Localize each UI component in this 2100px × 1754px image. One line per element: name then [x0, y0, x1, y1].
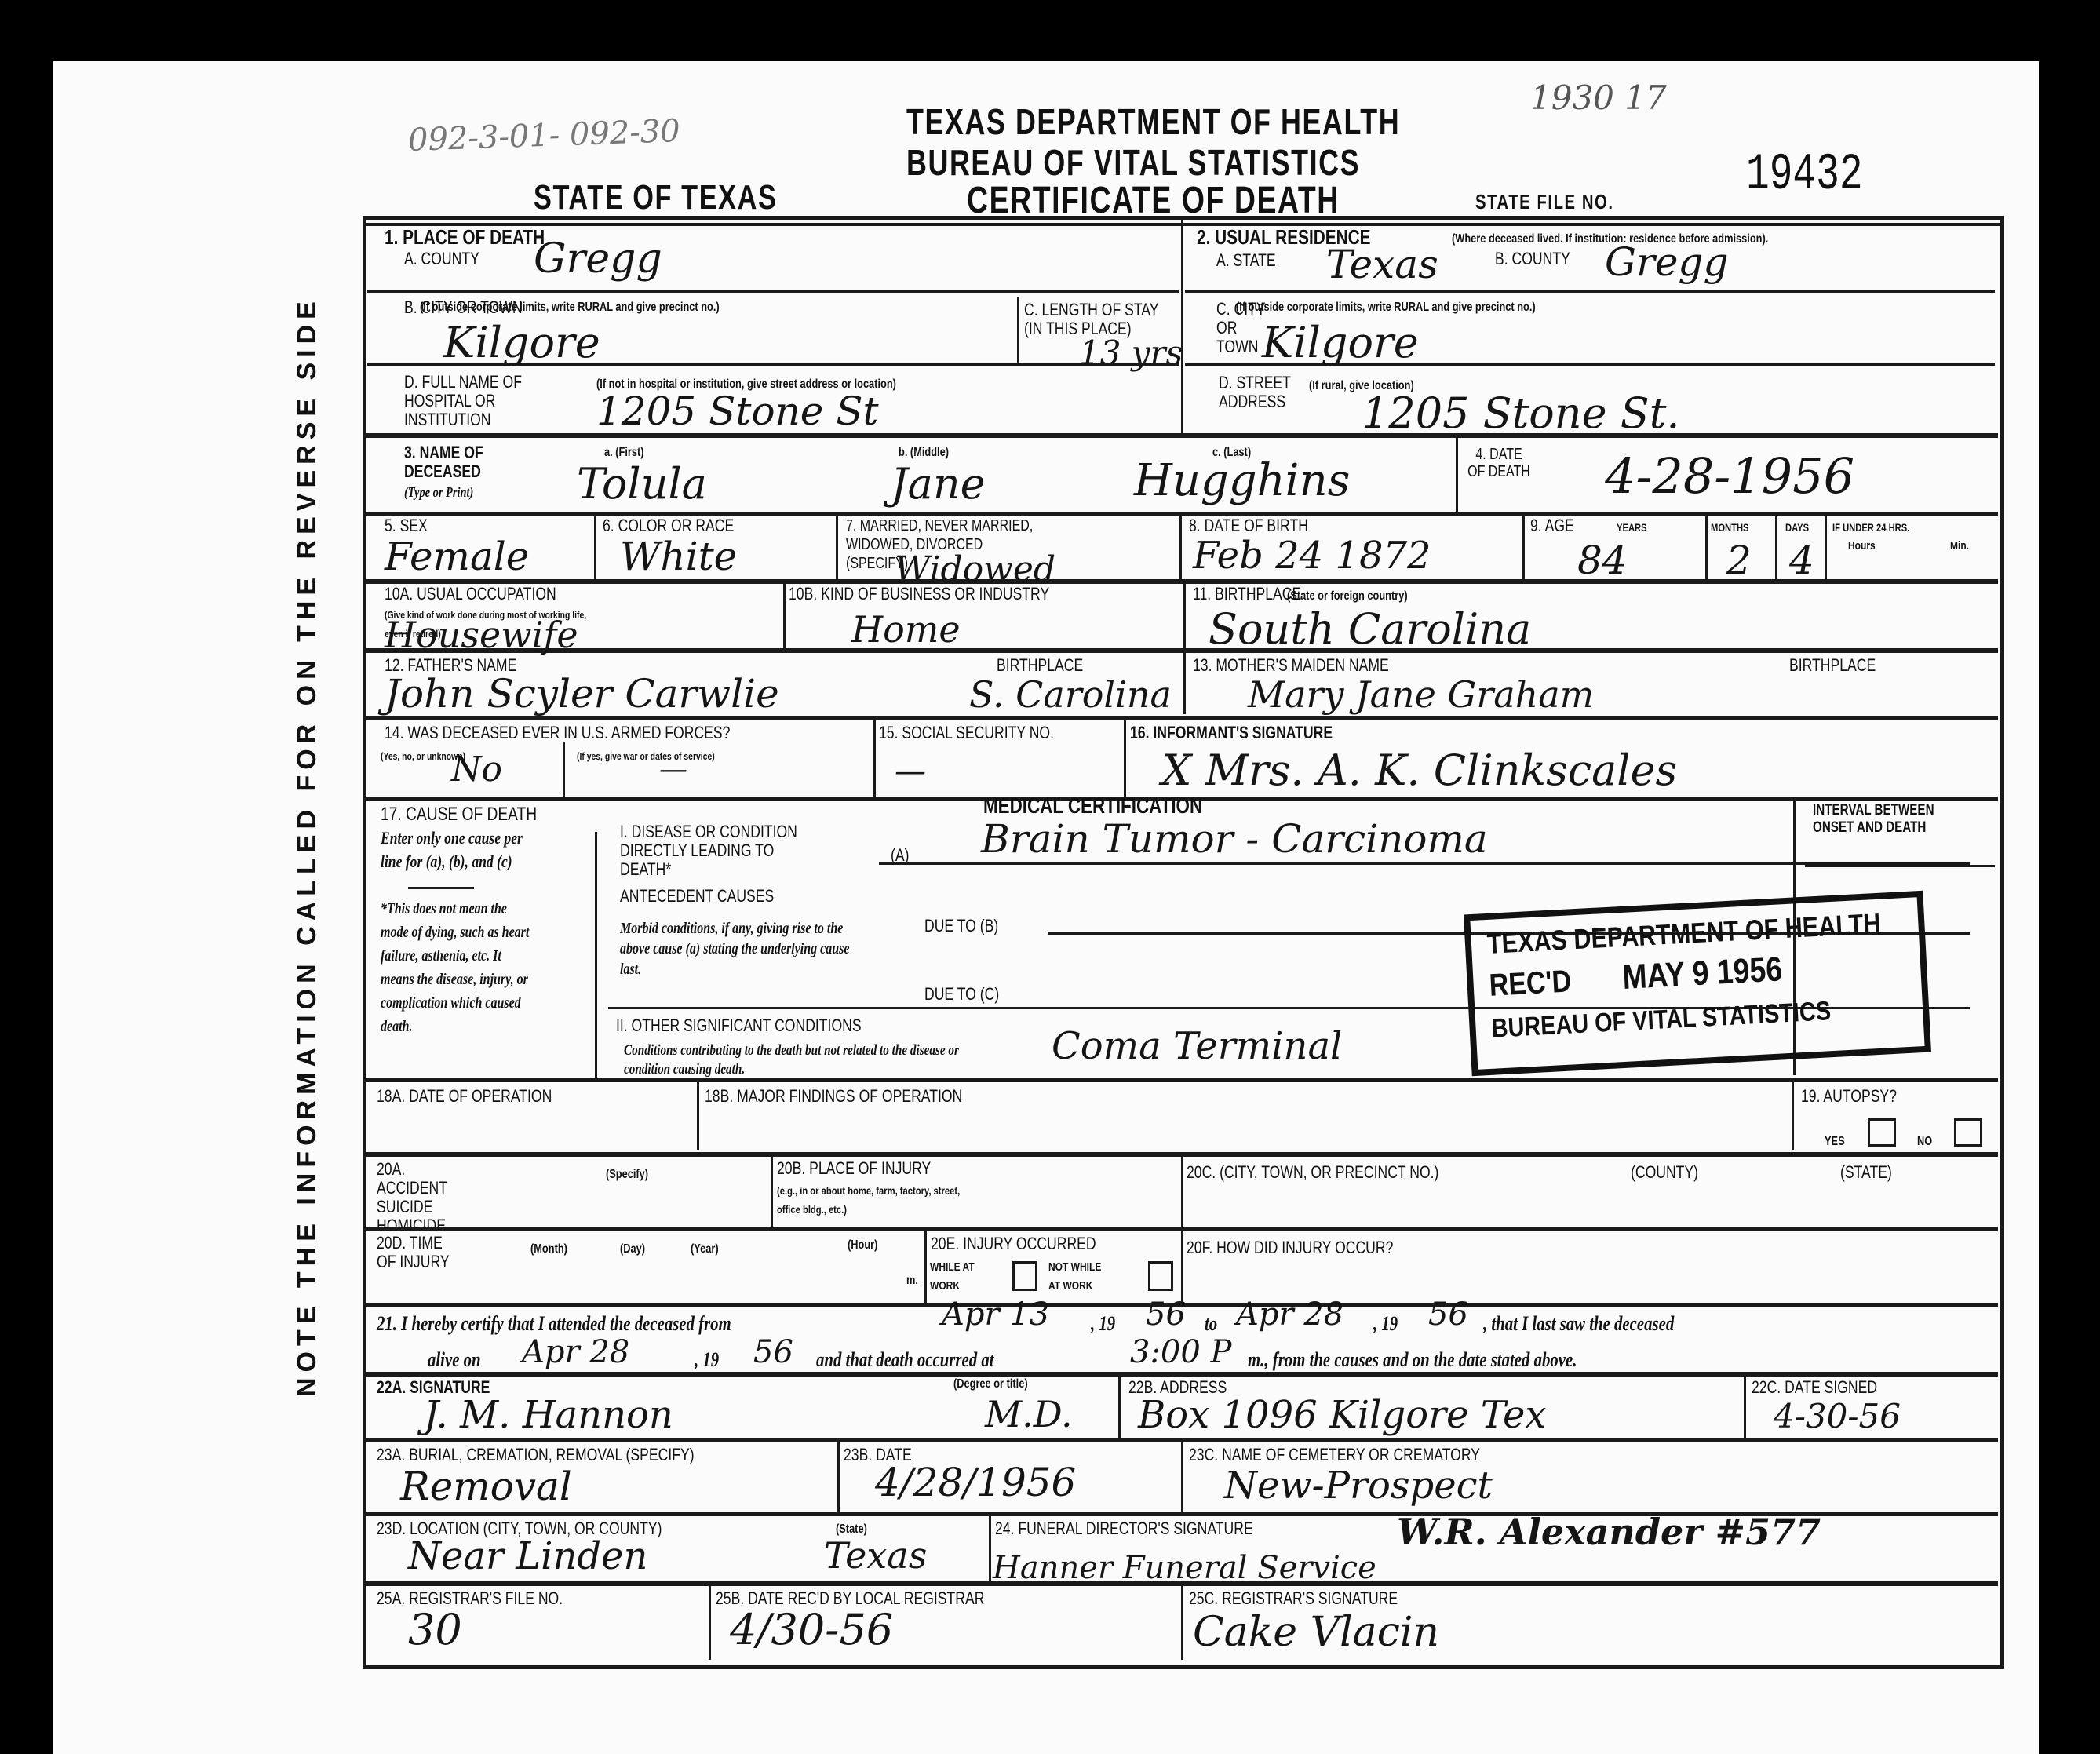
injury-place-label: 20b. PLACE OF INJURY: [777, 1159, 931, 1178]
rule: [1017, 297, 1019, 363]
age-label: 9. AGE: [1530, 516, 1574, 535]
antecedent-hint: Morbid conditions, if any, giving rise t…: [620, 918, 859, 979]
other-conditions-label: II. OTHER SIGNIFICANT CONDITIONS: [616, 1016, 862, 1035]
birthplace-value: South Carolina: [1209, 604, 1531, 654]
registrar-date-value: 4/30-56: [730, 1605, 893, 1654]
city-hint: (If outside corporate limits, write RURA…: [420, 298, 720, 317]
rule: [1118, 1375, 1121, 1438]
rule: [1181, 1585, 1183, 1660]
reverse-side-note: NOTE THE INFORMATION CALLED FOR ON THE R…: [292, 296, 323, 1397]
father-birthplace-value: S. Carolina: [969, 673, 1172, 716]
rule: [563, 742, 565, 797]
injury-county-label: (COUNTY): [1631, 1163, 1698, 1182]
disease-label: I. DISEASE OR CONDITION DIRECTLY LEADING…: [620, 822, 808, 879]
age-years-label: YEARS: [1617, 518, 1647, 537]
injury-type-label: 20a. ACCIDENT SUICIDE HOMICIDE: [377, 1160, 465, 1235]
informant-label: 16. INFORMANT'S SIGNATURE: [1130, 724, 1333, 742]
registrar-signature-label: 25c. REGISTRAR'S SIGNATURE: [1189, 1589, 1398, 1608]
rule: [771, 1155, 773, 1230]
disposition-label: 23a. BURIAL, CREMATION, REMOVAL (Specify…: [377, 1446, 695, 1464]
race-value: White: [620, 534, 737, 579]
date-signed-label: 22c. DATE SIGNED: [1752, 1378, 1877, 1397]
rule: [873, 719, 876, 797]
injury-m-label: m.: [906, 1271, 918, 1290]
cert-to-year-prefix: , 19: [1373, 1312, 1398, 1336]
residence-state-value: Texas: [1326, 242, 1438, 287]
due-to-b-label: DUE TO (b): [924, 917, 998, 935]
rule: [595, 832, 597, 1079]
autopsy-yes-checkbox[interactable]: [1868, 1118, 1896, 1147]
county-label: a. COUNTY: [404, 250, 479, 268]
cemetery-label: 23c. NAME OF CEMETERY OR CREMATORY: [1189, 1446, 1480, 1464]
rule: [1124, 719, 1126, 797]
injury-specify-label: (Specify): [606, 1165, 648, 1184]
agency-line-2: BUREAU OF VITAL STATISTICS: [906, 141, 1360, 184]
rule: [366, 433, 1998, 438]
burial-state-value: Texas: [824, 1534, 927, 1577]
hours-label: Hours: [1848, 537, 1876, 556]
mother-label: 13. MOTHER'S MAIDEN NAME: [1193, 656, 1389, 675]
cert-to-year: 56: [1428, 1296, 1468, 1333]
place-of-death-label: 1. PLACE OF DEATH: [385, 228, 545, 246]
cause-of-death-label: 17. CAUSE OF DEATH: [381, 805, 537, 824]
disposition-value: Removal: [400, 1464, 572, 1509]
injury-month-label: (Month): [530, 1240, 567, 1259]
race-label: 6. COLOR OR RACE: [603, 516, 734, 535]
armed-forces-label: 14. WAS DECEASED EVER IN U.S. ARMED FORC…: [385, 724, 730, 742]
injury-place-hint: (e.g., in or about home, farm, factory, …: [777, 1181, 965, 1219]
rule: [1185, 363, 1995, 366]
residence-street-label: d. STREET ADDRESS: [1219, 374, 1294, 411]
other-conditions-value: Coma Terminal: [1052, 1024, 1342, 1068]
while-at-work-label: WHILE AT WORK: [930, 1258, 977, 1296]
rule: [924, 1230, 927, 1304]
cert-text-1: 21. I hereby certify that I attended the…: [377, 1312, 731, 1336]
hospital-label: d. FULL NAME OF HOSPITAL OR INSTITUTION: [404, 373, 549, 429]
injury-how-label: 20f. HOW DID INJURY OCCUR?: [1187, 1238, 1393, 1257]
rule: [1183, 651, 1186, 714]
occupation-label: 10a. USUAL OCCUPATION: [385, 585, 556, 604]
cert-text-4: m., from the causes and on the date stat…: [1248, 1348, 1577, 1372]
autopsy-no-checkbox[interactable]: [1954, 1118, 1982, 1147]
rule: [366, 1372, 1998, 1377]
burial-location-value: Near Linden: [408, 1534, 647, 1578]
last-name-value: Hugghins: [1134, 455, 1350, 506]
autopsy-yes-label: YES: [1825, 1132, 1845, 1151]
age-days-value: 4: [1789, 538, 1814, 583]
injury-city-label: 20c. (CITY, TOWN, OR PRECINCT NO.): [1187, 1163, 1438, 1182]
registrar-signature: Cake Vlacin: [1193, 1609, 1439, 1656]
cemetery-value: New-Prospect: [1224, 1464, 1493, 1508]
rule: [697, 1081, 699, 1150]
disposition-date-value: 4/28/1956: [875, 1460, 1076, 1505]
state-title: STATE OF TEXAS: [534, 178, 777, 217]
cert-from-year-prefix: , 19: [1091, 1312, 1115, 1336]
length-of-stay-value: 13 yrs: [1079, 334, 1183, 372]
father-value: John Scyler Carwlie: [385, 671, 779, 717]
rule: [367, 363, 1179, 366]
registrar-file-label: 25a. REGISTRAR'S FILE NO.: [377, 1589, 563, 1608]
sex-value: Female: [385, 534, 529, 579]
rule: [366, 716, 1998, 720]
rule: [1522, 515, 1525, 579]
cert-to-word: to: [1205, 1312, 1217, 1336]
cause-note: *This does not mean the mode of dying, s…: [381, 897, 538, 1038]
rule: [1179, 515, 1182, 579]
date-of-death-value: 4-28-1956: [1605, 447, 1854, 505]
first-name-value: Tolula: [577, 459, 707, 509]
registrar-file-value: 30: [408, 1605, 462, 1654]
rule: [367, 290, 1179, 293]
rule: [709, 1585, 711, 1660]
length-of-stay-label: c. LENGTH OF STAY (in this place): [1024, 301, 1175, 338]
divider-1-2: [1181, 220, 1183, 436]
deceased-name-label: 3. NAME OF DECEASED: [404, 443, 517, 481]
cert-alive-year: 56: [753, 1334, 793, 1370]
ssn-value: —: [895, 753, 926, 789]
physician-address: Box 1096 Kilgore Tex: [1138, 1393, 1546, 1437]
rule: [989, 1515, 991, 1581]
cert-text-2: , that I last saw the deceased: [1483, 1312, 1674, 1336]
mother-value: Mary Jane Graham: [1248, 673, 1594, 716]
cause-instructions: Enter only one cause per line for (a), (…: [381, 826, 538, 873]
cert-text-3: and that death occurred at: [816, 1348, 994, 1372]
autopsy-no-label: NO: [1917, 1132, 1932, 1151]
agency-line-1: TEXAS DEPARTMENT OF HEALTH: [906, 100, 1400, 143]
injury-state-label: (STATE): [1840, 1163, 1892, 1182]
autopsy-label: 19. AUTOPSY?: [1801, 1087, 1897, 1106]
birthplace-hint: (State or foreign country): [1287, 587, 1408, 606]
stamp-line-3: BUREAU OF VITAL STATISTICS: [1491, 996, 1832, 1045]
residence-city-value: Kilgore: [1262, 318, 1419, 367]
rule: [366, 648, 1998, 653]
cert-from-year: 56: [1146, 1296, 1186, 1333]
rule: [1183, 582, 1186, 649]
rule: [1705, 515, 1708, 579]
not-while-at-work-checkbox[interactable]: [1148, 1261, 1173, 1291]
degree-label: (Degree or title): [953, 1375, 1028, 1394]
age-days-label: DAYS: [1785, 518, 1809, 537]
age-months-label: MONTHS: [1711, 518, 1749, 537]
rule: [366, 579, 1998, 584]
rule: [783, 582, 786, 649]
medical-cert-title: MEDICAL CERTIFICATION: [983, 797, 1202, 815]
cert-alive-year-prefix: , 19: [695, 1348, 719, 1372]
rule: [1825, 515, 1827, 579]
residence-street-value: 1205 Stone St.: [1362, 388, 1680, 438]
ssn-label: 15. SOCIAL SECURITY NO.: [879, 724, 1054, 742]
stamp-received-date: MAY 9 1956: [1621, 950, 1783, 997]
date-signed-value: 4-30-56: [1774, 1397, 1901, 1435]
rule: [1456, 436, 1458, 515]
age-months-value: 2: [1726, 538, 1752, 583]
stamp-line-2-prefix: REC'D: [1489, 964, 1573, 1003]
birthplace-label: 11. BIRTHPLACE: [1193, 585, 1301, 604]
min-label: Min.: [1950, 537, 1969, 556]
operation-date-label: 18a. DATE OF OPERATION: [377, 1087, 552, 1106]
rule: [1744, 1375, 1746, 1438]
degree-value: M.D.: [985, 1393, 1073, 1435]
cert-to-value: Apr 28: [1236, 1296, 1343, 1333]
cause-a-value: Brain Tumor - Carcinoma: [981, 816, 1488, 862]
rule: [836, 515, 838, 579]
other-conditions-hint: Conditions contributing to the death but…: [624, 1041, 975, 1079]
age-years-value: 84: [1577, 538, 1628, 583]
father-birthplace-label: BIRTHPLACE: [997, 656, 1083, 675]
stamp-line-1: TEXAS DEPARTMENT OF HEALTH: [1486, 907, 1882, 961]
funeral-director-signature: W.R. Alexander #577: [1397, 1511, 1821, 1553]
injury-hour-label: (Hour): [848, 1236, 877, 1255]
rule: [366, 1227, 1998, 1231]
cert-alive-value: Apr 28: [522, 1334, 629, 1370]
hospital-value: 1205 Stone St: [596, 388, 879, 434]
residence-city-hint: (If outside corporate limits, write RURA…: [1236, 298, 1536, 317]
funeral-director-label: 24. FUNERAL DIRECTOR'S SIGNATURE: [995, 1519, 1253, 1538]
not-while-at-work-label: NOT WHILE AT WORK: [1048, 1258, 1111, 1296]
rule: [408, 887, 474, 889]
due-to-c-label: DUE TO (c): [924, 985, 999, 1004]
injury-time-label: 20d. TIME OF INJURY: [377, 1234, 452, 1271]
state-file-label: STATE FILE NO.: [1475, 190, 1614, 214]
under-24-label: IF UNDER 24 HRS.: [1832, 518, 1909, 537]
dob-value: Feb 24 1872: [1193, 534, 1431, 578]
mother-birthplace-label: BIRTHPLACE: [1789, 656, 1876, 675]
residence-state-label: a. STATE: [1216, 251, 1276, 270]
residence-county-value: Gregg: [1605, 239, 1728, 285]
received-stamp: TEXAS DEPARTMENT OF HEALTH REC'D MAY 9 1…: [1464, 891, 1931, 1076]
armed-service-dates-value: —: [659, 753, 687, 786]
rule: [1185, 290, 1995, 293]
rule: [366, 1078, 1998, 1082]
place-city-value: Kilgore: [443, 318, 600, 367]
cert-alive-prefix: alive on: [428, 1348, 481, 1372]
cert-death-time: 3:00 P: [1130, 1334, 1231, 1370]
rule: [837, 1441, 840, 1512]
interval-label: INTERVAL BETWEEN ONSET AND DEATH: [1813, 802, 1963, 837]
injury-occurred-label: 20e. INJURY OCCURRED: [931, 1234, 1096, 1253]
rule: [1181, 1441, 1183, 1512]
injury-day-label: (Day): [620, 1240, 645, 1259]
armed-forces-hint-2: (If yes, give war or dates of service): [577, 747, 715, 766]
residence-county-label: b. COUNTY: [1495, 250, 1570, 268]
informant-value: X Mrs. A. K. Clinkscales: [1161, 746, 1677, 795]
injury-year-label: (Year): [691, 1240, 719, 1259]
antecedent-label: ANTECEDENT CAUSES: [620, 887, 774, 906]
rule: [1792, 1081, 1794, 1150]
cert-from-value: Apr 13: [942, 1296, 1049, 1333]
deceased-name-hint: (Type or Print): [404, 480, 473, 504]
state-file-number: 19432: [1746, 145, 1863, 204]
place-county-value: Gregg: [534, 235, 662, 283]
rule: [1805, 865, 1995, 867]
sex-label: 5. SEX: [385, 516, 428, 535]
dob-label: 8. DATE OF BIRTH: [1189, 516, 1308, 535]
operation-findings-label: 18b. MAJOR FINDINGS OF OPERATION: [705, 1087, 962, 1106]
date-of-death-label: 4. DATE OF DEATH: [1467, 446, 1530, 480]
industry-value: Home: [851, 608, 961, 651]
rule: [594, 515, 596, 579]
pencil-annotation-right: 1930 17: [1530, 78, 1667, 117]
physician-signature: J. M. Hannon: [424, 1393, 673, 1437]
while-at-work-checkbox[interactable]: [1012, 1261, 1037, 1291]
middle-name-value: Jane: [891, 459, 986, 509]
armed-forces-value: No: [451, 749, 502, 789]
rule: [1775, 515, 1777, 579]
industry-label: 10b. KIND OF BUSINESS OR INDUSTRY: [789, 585, 1049, 604]
